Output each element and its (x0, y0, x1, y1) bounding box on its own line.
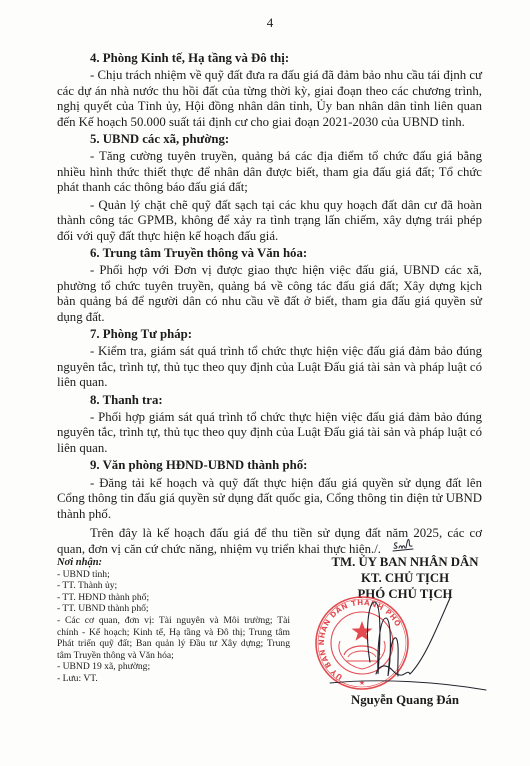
section-heading: 4. Phòng Kinh tế, Hạ tầng và Đô thị: (57, 51, 482, 67)
paragraph: - Quản lý chặt chẽ quỹ đất sạch tại các … (57, 198, 482, 245)
initial-mark-icon (392, 536, 414, 552)
text-line: nguyên tắc, trình tự, thủ tục theo quy đ… (57, 425, 482, 441)
text-line: Cổng thông tin đấu giá quyền sử dụng đất… (57, 491, 482, 507)
recipient-item: - TT. Thành ủy; (57, 580, 290, 592)
closing-paragraph: Trên đây là kế hoạch đấu giá để thu tiền… (57, 526, 482, 557)
signer-name: Nguyễn Quang Đán (300, 692, 510, 708)
text-line: các dự án nhà nước thu hồi đất của từng … (57, 84, 482, 100)
paragraph: - Phối hợp với Đơn vị được giao thực hiệ… (57, 263, 482, 325)
paragraph: - Chịu trách nhiệm về quỹ đất đưa ra đấu… (57, 68, 482, 130)
text-line: phường tổ chức tuyên truyền, quảng bá về… (57, 279, 482, 295)
section-heading: 9. Văn phòng HĐND-UBND thành phố: (57, 458, 482, 474)
text-line: thành công tác GPMB, không để xảy ra tìn… (57, 213, 482, 229)
text-line: - Quản lý chặt chẽ quỹ đất sạch tại các … (57, 198, 482, 214)
recipient-line: - TT. HĐND thành phố; (57, 592, 290, 604)
text-line: Trên đây là kế hoạch đấu giá để thu tiền… (57, 526, 482, 542)
text-line: đối với quỹ đất thực hiện kế hoạch đấu g… (57, 229, 482, 245)
recipient-line: Phát triển quỹ đất; Ban quản lý Đầu tư X… (57, 638, 290, 650)
recipient-line: - UBND 19 xã, phường; (57, 661, 290, 673)
recipient-line: tâm Truyền thông và Văn hóa; (57, 650, 290, 662)
document-body: 4. Phòng Kinh tế, Hạ tầng và Đô thị:- Ch… (57, 51, 482, 557)
section-heading: 8. Thanh tra: (57, 393, 482, 409)
recipient-item: - UBND 19 xã, phường; (57, 661, 290, 673)
text-line: nhiều hình thức thiết thực để nhân dân đ… (57, 165, 482, 181)
paragraph: - Đăng tải kế hoạch và quỹ đất thực hiện… (57, 476, 482, 523)
text-line: phát thanh các thông báo đấu giá đất; (57, 180, 482, 196)
paragraph: - Tăng cường tuyên truyền, quảng bá các … (57, 149, 482, 196)
text-line: dụng đất. (57, 310, 482, 326)
text-line: - Phối hợp với Đơn vị được giao thực hiệ… (57, 263, 482, 279)
recipient-item: - TT. UBND thành phố; (57, 603, 290, 615)
signature-org: TM. ỦY BAN NHÂN DÂN (300, 554, 510, 570)
recipient-item: - Các cơ quan, đơn vị: Tài nguyên và Môi… (57, 615, 290, 661)
recipient-line: - TT. UBND thành phố; (57, 603, 290, 615)
text-line: - Đăng tải kế hoạch và quỹ đất thực hiện… (57, 476, 482, 492)
text-line: - Phối hợp giám sát quá trình tổ chức th… (57, 410, 482, 426)
text-line: liên quan. (57, 375, 482, 391)
text-line: nghị quyết của Tỉnh ủy, Hội đồng nhân dâ… (57, 99, 482, 115)
signature-role: KT. CHỦ TỊCH (300, 570, 510, 586)
recipient-line: chính - Kế hoạch; Kinh tế, Hạ tầng và Đô… (57, 627, 290, 639)
section-heading: 7. Phòng Tư pháp: (57, 327, 482, 343)
recipients-title: Nơi nhận: (57, 557, 290, 569)
text-line: liên quan. (57, 441, 482, 457)
text-line: nguyên tắc, trình tự, thủ tục theo quy đ… (57, 360, 482, 376)
text-line: thành phố. (57, 507, 482, 523)
recipient-line: - Lưu: VT. (57, 673, 290, 685)
recipient-line: - Các cơ quan, đơn vị: Tài nguyên và Môi… (57, 615, 290, 627)
recipient-item: - TT. HĐND thành phố; (57, 592, 290, 604)
paragraph: - Kiểm tra, giám sát quá trình tổ chức t… (57, 344, 482, 391)
paragraph: - Phối hợp giám sát quá trình tổ chức th… (57, 410, 482, 457)
section-heading: 5. UBND các xã, phường: (57, 132, 482, 148)
recipients-list: Nơi nhận: - UBND tỉnh;- TT. Thành ủy;- T… (57, 557, 290, 685)
text-line: đến Kế hoạch 50.000 suất tái định cư cho… (57, 115, 482, 131)
text-line: - Tăng cường tuyên truyền, quảng bá các … (57, 149, 482, 165)
recipient-item: - UBND tỉnh; (57, 569, 290, 581)
recipient-line: - UBND tỉnh; (57, 569, 290, 581)
handwritten-signature-icon (320, 590, 500, 700)
recipient-line: - TT. Thành ủy; (57, 580, 290, 592)
text-line: - Kiểm tra, giám sát quá trình tổ chức t… (57, 344, 482, 360)
text-line: bản quảng bá để người dân có nhu cầu về … (57, 294, 482, 310)
section-heading: 6. Trung tâm Truyền thông và Văn hóa: (57, 246, 482, 262)
recipient-item: - Lưu: VT. (57, 673, 290, 685)
page-number: 4 (262, 15, 278, 31)
text-line: - Chịu trách nhiệm về quỹ đất đưa ra đấu… (57, 68, 482, 84)
